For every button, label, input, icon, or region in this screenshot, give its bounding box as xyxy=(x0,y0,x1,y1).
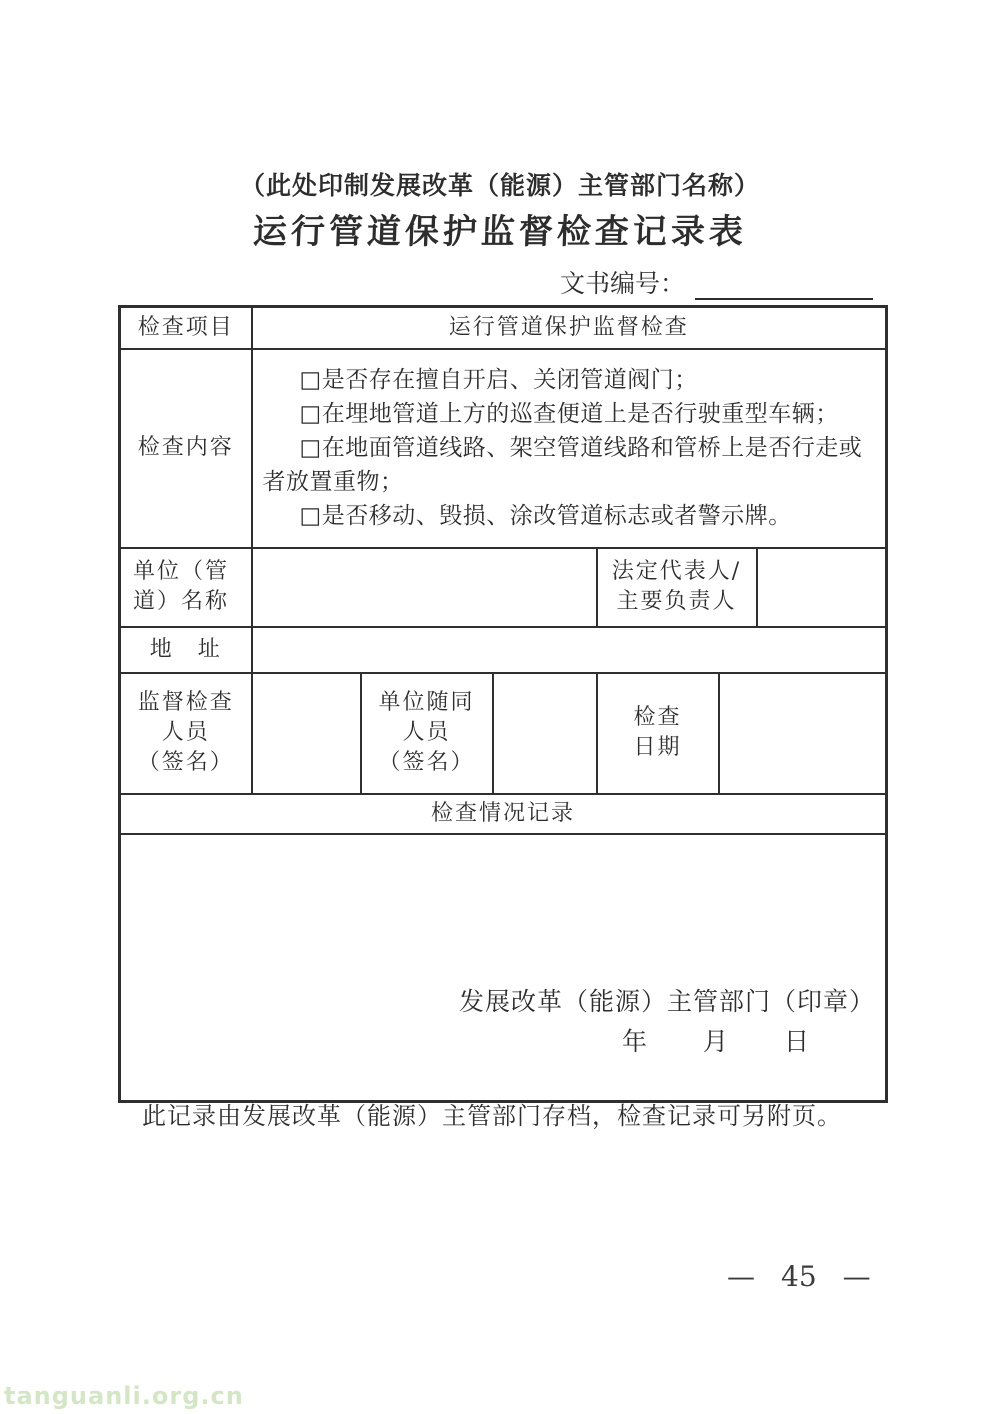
unit-name-label: 单位（管 道）名称 xyxy=(120,548,252,627)
legal-rep-label: 法定代表人/ 主要负责人 xyxy=(597,548,757,627)
inspection-content-label: 检查内容 xyxy=(120,349,252,548)
table-row: 监督检查 人员 （签名） 单位随同 人员 （签名） 检查 日期 xyxy=(120,673,887,794)
doc-number-blank-line xyxy=(695,268,873,300)
table-row: 发展改革（能源）主管部门（印章） 年 月 日 xyxy=(120,834,887,1102)
signature-org: 发展改革（能源）主管部门（印章） xyxy=(121,987,885,1017)
table-row: 检查内容 □是否存在擅自开启、关闭管道阀门； □在埋地管道上方的巡查便道上是否行… xyxy=(120,349,887,548)
signature-date: 年 月 日 xyxy=(121,1027,885,1057)
page-number: 45 xyxy=(781,1260,817,1293)
checklist-item: □在地面管道线路、架空管道线路和管桥上是否行走或者放置重物； xyxy=(263,431,874,499)
table-row: 检查项目 运行管道保护监督检查 xyxy=(120,307,887,349)
inspection-item-value: 运行管道保护监督检查 xyxy=(252,307,887,349)
accompany-label: 单位随同 人员 （签名） xyxy=(361,673,493,794)
record-header: 检查情况记录 xyxy=(120,794,887,834)
footer-dash-left: — xyxy=(727,1260,755,1293)
unit-name-value xyxy=(252,548,597,627)
address-value xyxy=(252,627,887,673)
table-row: 地 址 xyxy=(120,627,887,673)
footnote: 此记录由发展改革（能源）主管部门存档，检查记录可另附页。 xyxy=(142,1096,842,1131)
table-row: 单位（管 道）名称 法定代表人/ 主要负责人 xyxy=(120,548,887,627)
supervisor-signature-cell xyxy=(252,673,361,794)
header-note: （此处印制发展改革（能源）主管部门名称） xyxy=(0,166,1000,202)
checklist-item: □是否移动、毁损、涂改管道标志或者警示牌。 xyxy=(263,499,874,533)
table-row: 检查情况记录 xyxy=(120,794,887,834)
legal-rep-value xyxy=(757,548,887,627)
footer-dash-right: — xyxy=(843,1260,871,1293)
accompany-signature-cell xyxy=(493,673,597,794)
inspection-item-label: 检查项目 xyxy=(120,307,252,349)
doc-number-label: 文书编号： xyxy=(560,264,685,300)
address-label: 地 址 xyxy=(120,627,252,673)
inspection-record-table: 检查项目 运行管道保护监督检查 检查内容 □是否存在擅自开启、关闭管道阀门； □… xyxy=(118,305,888,1103)
inspection-content-cell: □是否存在擅自开启、关闭管道阀门； □在埋地管道上方的巡查便道上是否行驶重型车辆… xyxy=(252,349,887,548)
inspect-date-value xyxy=(719,673,887,794)
scanned-form-page: （此处印制发展改革（能源）主管部门名称） 运行管道保护监督检查记录表 文书编号：… xyxy=(0,0,1000,1414)
record-content-cell: 发展改革（能源）主管部门（印章） 年 月 日 xyxy=(120,834,887,1102)
checklist-item: □是否存在擅自开启、关闭管道阀门； xyxy=(263,363,874,397)
checklist-item: □在埋地管道上方的巡查便道上是否行驶重型车辆； xyxy=(263,397,874,431)
doc-number-row: 文书编号： xyxy=(560,264,873,300)
watermark-text: tanguanli.org.cn xyxy=(4,1382,244,1410)
inspect-date-label: 检查 日期 xyxy=(597,673,719,794)
page-number-footer: — 45 — xyxy=(727,1260,871,1293)
supervisor-label: 监督检查 人员 （签名） xyxy=(120,673,252,794)
page-title: 运行管道保护监督检查记录表 xyxy=(0,204,1000,253)
